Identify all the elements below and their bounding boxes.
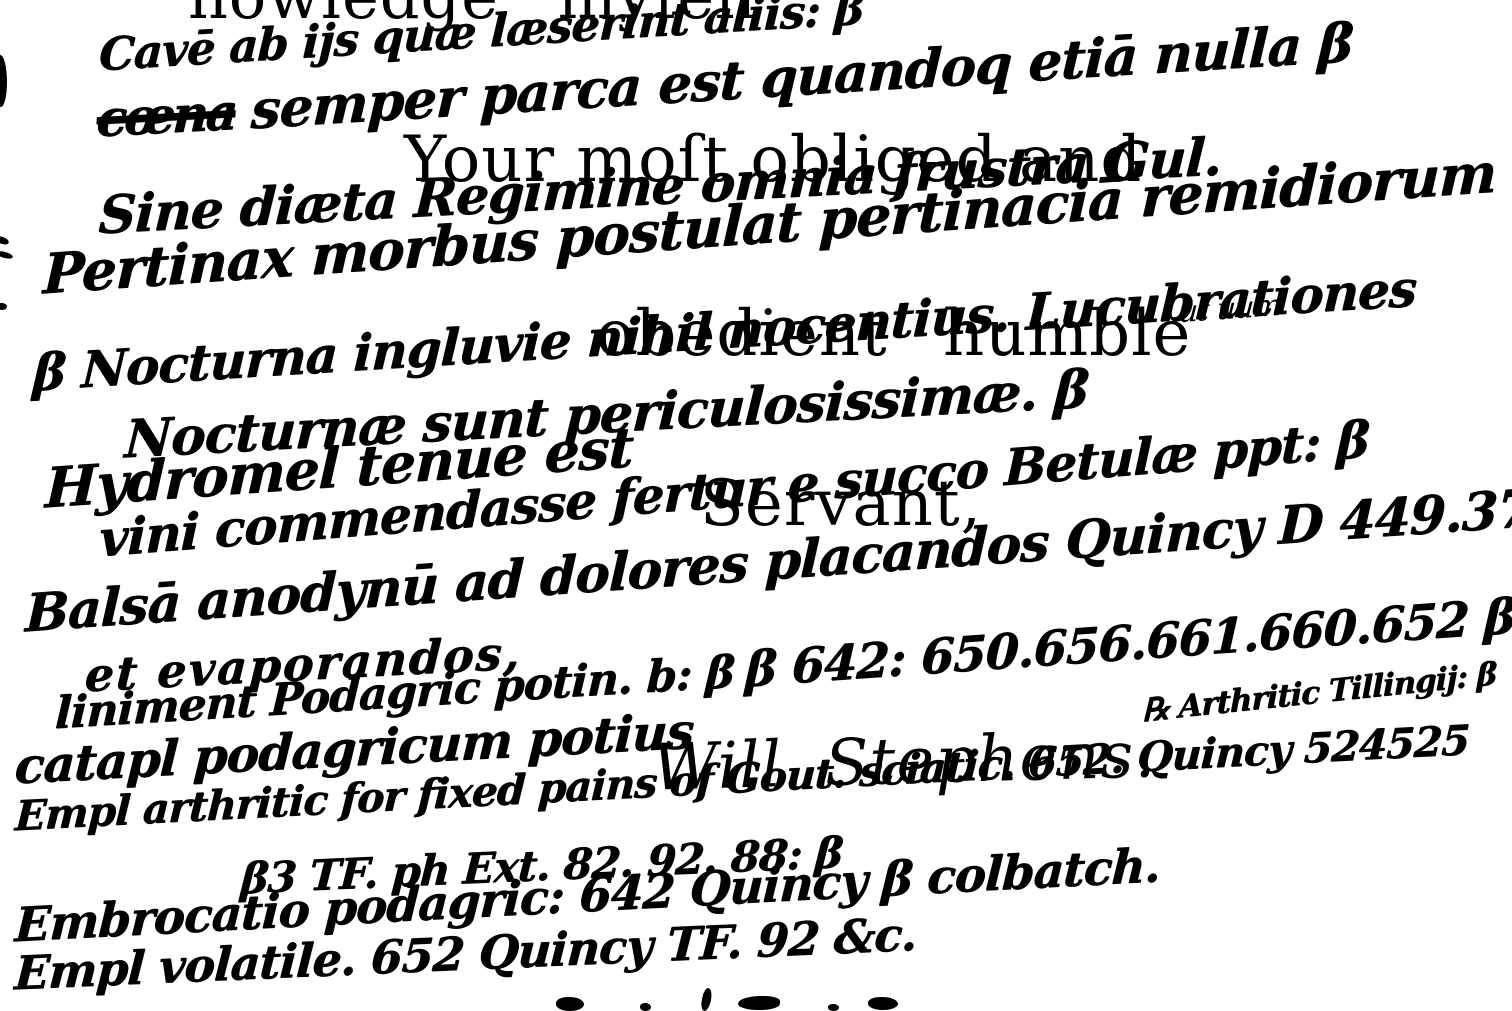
ink-fragment xyxy=(828,1004,839,1011)
ink-fragment xyxy=(556,997,584,1011)
ink-fragment xyxy=(738,996,780,1010)
ink-fragment xyxy=(0,303,7,310)
scanned-page: nowledge myſelf Your moſt obliged and ob… xyxy=(0,0,1512,1011)
ink-fragment xyxy=(640,1003,651,1011)
ink-fragment xyxy=(868,997,898,1010)
manuscript-faint-scribble: ut uum xyxy=(1178,291,1282,328)
ink-fragment xyxy=(0,250,13,260)
ink-fragment xyxy=(700,987,714,1011)
ink-fragment xyxy=(0,235,10,246)
ink-fragment xyxy=(0,55,7,107)
manuscript-annotation-struck-word: cœna xyxy=(95,87,236,144)
